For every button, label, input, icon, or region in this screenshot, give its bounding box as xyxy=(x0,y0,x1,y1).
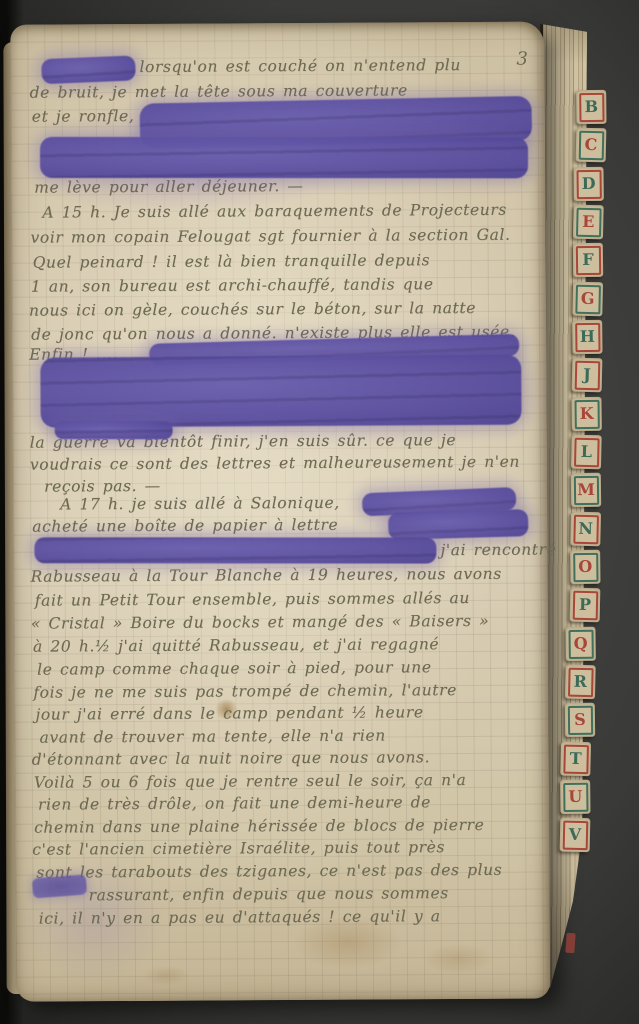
manuscript-line: avant de trouver ma tente, elle n'a rien xyxy=(32,724,386,748)
tab-letter: T xyxy=(563,744,589,774)
tab-letter: E xyxy=(576,207,602,237)
manuscript-line: Quel peinard ! il est là bien tranquille… xyxy=(29,249,431,273)
manuscript-line: jour j'ai erré dans le camp pendant ½ he… xyxy=(31,701,423,725)
index-tab-v: V xyxy=(560,818,591,853)
tab-letter: F xyxy=(575,245,600,274)
index-tab-q: Q xyxy=(565,627,595,661)
tab-letter: U xyxy=(563,782,588,811)
index-tab-m: M xyxy=(571,473,601,507)
tab-letter: S xyxy=(567,705,592,734)
redaction-block xyxy=(40,355,521,428)
manuscript-line: rien de très drôle, on fait une demi-heu… xyxy=(32,791,431,815)
manuscript-line: à 20 h.½ j'ai quitté Rabusseau, et j'ai … xyxy=(31,633,439,657)
manuscript-line: acheté une boîte de papier à lettre xyxy=(30,514,338,538)
index-tab-u: U xyxy=(560,780,590,814)
manuscript-line: voudrais ce sont des lettres et malheure… xyxy=(30,451,520,476)
manuscript-line: me lève pour aller déjeuner. — xyxy=(28,175,303,199)
index-tab-j: J xyxy=(572,358,603,393)
redaction-block xyxy=(388,509,529,540)
index-tab-f: F xyxy=(573,243,603,277)
index-tab-e: E xyxy=(573,205,604,240)
torn-tab-remnant xyxy=(565,933,575,954)
manuscript-line: c'est l'ancien cimetière Israélite, puis… xyxy=(32,836,445,861)
index-tab-n: N xyxy=(570,512,601,547)
index-tab-column: B C D E F G H J K L M N O P Q R S T U V xyxy=(568,90,615,890)
tab-letter: J xyxy=(574,360,600,390)
manuscript-line: le camp comme chaque soir à pied, pour u… xyxy=(31,656,432,680)
index-tab-l: L xyxy=(571,435,602,470)
tab-letter: N xyxy=(573,514,599,544)
page-group: 3 lorsqu'on est couché on n'entend plu d… xyxy=(0,0,639,1024)
manuscript-line: 1 an, son bureau est archi-chauffé, tand… xyxy=(29,273,434,297)
tab-letter: H xyxy=(575,322,600,351)
index-tab-g: G xyxy=(572,282,603,317)
tab-letter: O xyxy=(573,552,598,581)
tab-letter: G xyxy=(575,284,601,314)
tab-letter: R xyxy=(567,667,593,697)
tab-letter: K xyxy=(574,399,599,428)
tab-letter: L xyxy=(574,437,600,467)
manuscript-line: nous ici on gèle, couchés sur le béton, … xyxy=(29,297,476,322)
manuscript-line: A 17 h. je suis allé à Salonique, xyxy=(30,492,340,516)
page-number: 3 xyxy=(516,49,528,70)
tab-letter: B xyxy=(579,92,604,121)
redaction-block xyxy=(55,421,173,439)
manuscript-line: « Cristal » Boire du bocks et mangé des … xyxy=(31,610,489,635)
tab-letter: P xyxy=(572,590,598,620)
manuscript-line: ici, il n'y en a pas eu d'attaqués ! ce … xyxy=(33,905,441,929)
tab-letter: V xyxy=(562,820,588,850)
manuscript-line: et je ronfle, xyxy=(28,105,135,128)
index-tab-p: P xyxy=(570,588,601,623)
index-tab-h: H xyxy=(572,320,602,354)
photo-background: 3 lorsqu'on est couché on n'entend plu d… xyxy=(0,0,639,1024)
index-tab-d: D xyxy=(573,167,603,201)
index-tab-r: R xyxy=(565,665,596,700)
manuscript-line: Rabusseau à la Tour Blanche à 19 heures,… xyxy=(31,563,502,588)
index-tab-s: S xyxy=(565,703,595,737)
redaction-block xyxy=(40,137,528,178)
redaction-block xyxy=(41,55,136,84)
tab-letter: C xyxy=(578,130,604,160)
index-tab-b: B xyxy=(576,90,606,124)
index-tab-t: T xyxy=(560,742,591,777)
manuscript-line: fait un Petit Tour ensemble, puis sommes… xyxy=(31,587,470,612)
manuscript-line: rassurant, enfin depuis que nous sommes xyxy=(32,882,448,907)
manuscript-line: fois je ne me suis pas trompé de chemin,… xyxy=(31,679,457,704)
tab-letter: D xyxy=(576,169,601,198)
manuscript-line: sont les tarabouts des tziganes, ce n'es… xyxy=(32,859,502,884)
tab-letter: M xyxy=(573,475,598,504)
manuscript-line: voir mon copain Felougat sgt fournier à … xyxy=(28,224,510,249)
ink-scribble xyxy=(32,874,87,898)
manuscript-line: A 15 h. Je suis allé aux baraquements de… xyxy=(28,199,507,224)
index-tab-o: O xyxy=(570,550,600,584)
index-tab-k: K xyxy=(571,397,601,431)
redaction-block xyxy=(34,537,436,563)
manuscript-line: d'étonnant avec la nuit noire que nous a… xyxy=(32,746,431,770)
index-tab-c: C xyxy=(576,128,607,163)
manuscript-line: chemin dans une plaine hérissée de blocs… xyxy=(32,814,484,839)
manuscript-line: Voilà 5 ou 6 fois que je rentre seul le … xyxy=(32,769,467,794)
tab-letter: Q xyxy=(568,629,593,658)
